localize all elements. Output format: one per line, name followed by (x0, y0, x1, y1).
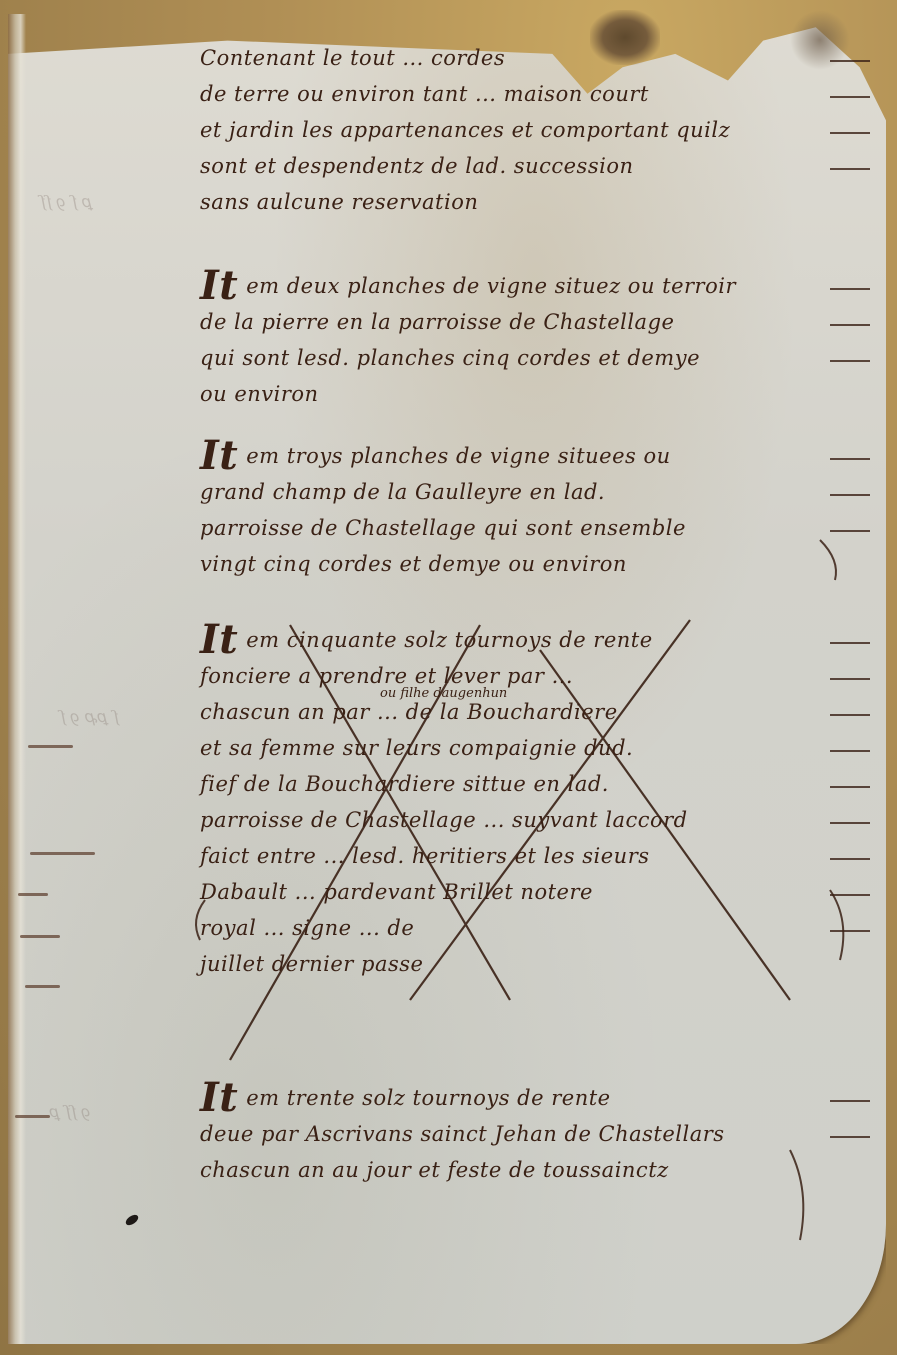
margin-ink-dash (30, 852, 95, 855)
text-line: sans aulcune reservation (200, 184, 860, 220)
entry-2: Item deux planches de vigne situez ou te… (200, 268, 860, 412)
text-span: em deux planches de vigne situez ou terr… (246, 274, 736, 298)
interlinear-note: ou filhe daugenhun (380, 686, 507, 701)
margin-ink-dash (20, 935, 60, 938)
text-line: vingt cinq cordes et demye ou environ (200, 546, 860, 582)
text-line: de terre ou environ tant ... maison cour… (200, 76, 860, 112)
bleed-through-text: ꝯ ſſ ꝑ (50, 1100, 91, 1122)
bleed-through-text: ſ ꝑꝓ ꝯ ſ (60, 705, 119, 727)
text-line: et sa femme sur leurs compaignie dud. (200, 730, 860, 766)
text-span: em trente solz tournoys de rente (246, 1086, 610, 1110)
text-line: fief de la Bouchardiere sittue en lad. (200, 766, 860, 802)
text-line: de la pierre en la parroisse de Chastell… (200, 304, 860, 340)
text-line: deue par Ascrivans sainct Jehan de Chast… (200, 1116, 860, 1152)
text-line: chascun an au jour et feste de toussainc… (200, 1152, 860, 1188)
entry-3: Item troys planches de vigne situees ou … (200, 438, 860, 582)
text-line: Item cinquante solz tournoys de rente (200, 622, 860, 658)
text-line: Item trente solz tournoys de rente (200, 1080, 860, 1116)
bleed-through-text: ꝑ ſ ꝯ ſſ (40, 190, 93, 212)
entry-5: Item trente solz tournoys de rente deue … (200, 1080, 860, 1188)
text-line: qui sont lesd. planches cinq cordes et d… (200, 340, 860, 376)
text-line: parroisse de Chastellage qui sont ensemb… (200, 510, 860, 546)
page-fold-edge (8, 14, 26, 1344)
text-line: faict entre ... lesd. heritiers et les s… (200, 838, 860, 874)
text-line: chascun an par ... de la Bouchardiere (200, 694, 860, 730)
text-line: sont et despendentz de lad. succession (200, 148, 860, 184)
text-line: Item troys planches de vigne situees ou (200, 438, 860, 474)
text-line: ou environ (200, 376, 860, 412)
margin-ink-dash (25, 985, 60, 988)
entry-1: Contenant le tout ... cordes de terre ou… (200, 40, 860, 220)
text-line: grand champ de la Gaulleyre en lad. (200, 474, 860, 510)
text-line: royal ... signe ... de (200, 910, 860, 946)
text-line: et jardin les appartenances et comportan… (200, 112, 860, 148)
item-initial: It (200, 262, 238, 309)
item-initial: It (200, 1074, 238, 1121)
text-line: Item deux planches de vigne situez ou te… (200, 268, 860, 304)
item-initial: It (200, 616, 238, 663)
text-span: em cinquante solz tournoys de rente (246, 628, 652, 652)
text-line: parroisse de Chastellage ... suyvant lac… (200, 802, 860, 838)
margin-ink-dash (28, 745, 73, 748)
text-line: fonciere a prendre et lever par ... (200, 658, 860, 694)
margin-ink-dash (15, 1115, 50, 1118)
margin-ink-dash (18, 893, 48, 896)
entry-4-crossed-out: Item cinquante solz tournoys de rente fo… (200, 622, 860, 982)
text-line: Contenant le tout ... cordes (200, 40, 860, 76)
text-line: Dabault ... pardevant Brillet notere (200, 874, 860, 910)
text-line: juillet dernier passe (200, 946, 860, 982)
item-initial: It (200, 432, 238, 479)
text-span: em troys planches de vigne situees ou (246, 444, 670, 468)
